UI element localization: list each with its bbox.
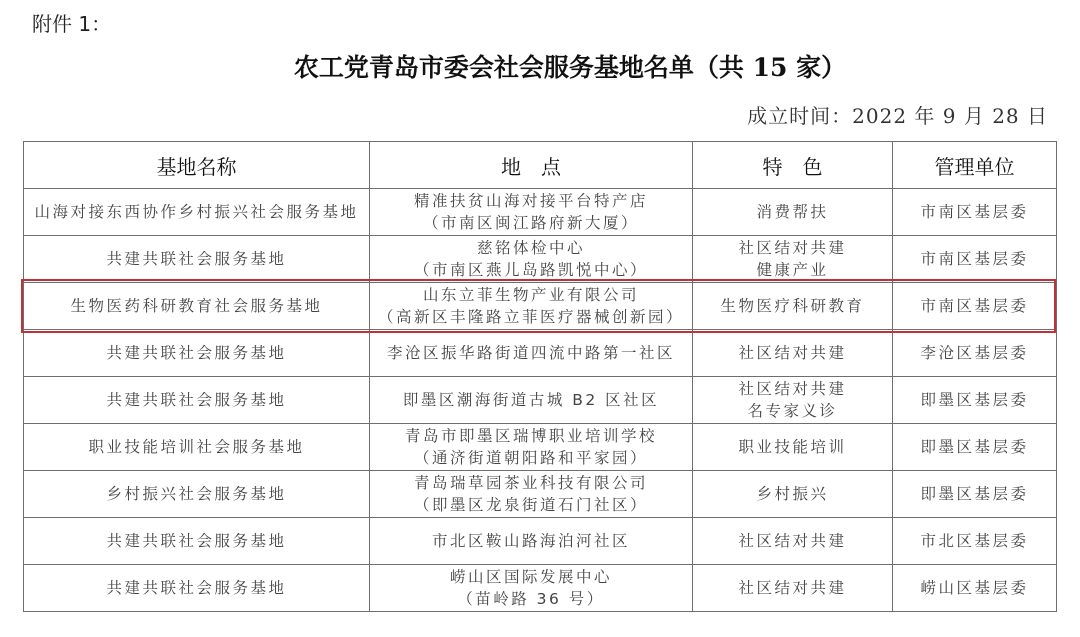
cell-unit: 市北区基层委 bbox=[893, 518, 1057, 565]
cell-location: 崂山区国际发展中心（苗岭路 36 号） bbox=[370, 565, 693, 612]
table-row: 职业技能培训社会服务基地 青岛市即墨区瑞博职业培训学校（通济街道朝阳路和平家园）… bbox=[24, 424, 1057, 471]
location-line: （市南区燕儿岛路凯悦中心） bbox=[370, 259, 692, 281]
cell-location: 李沧区振华路街道四流中路第一社区 bbox=[370, 330, 693, 377]
location-line: 慈铭体检中心 bbox=[370, 237, 692, 259]
table-row: 共建共联社会服务基地 慈铭体检中心（市南区燕儿岛路凯悦中心） 社区结对共建健康产… bbox=[24, 236, 1057, 283]
feature-line: 社区结对共建 bbox=[693, 342, 892, 364]
table-row-highlighted: 生物医药科研教育社会服务基地 山东立菲生物产业有限公司（高新区丰隆路立菲医疗器械… bbox=[24, 283, 1057, 330]
feature-line: 消费帮扶 bbox=[693, 201, 892, 223]
established-date: 成立时间：2022 年 9 月 28 日 bbox=[747, 100, 1048, 129]
cell-unit: 市南区基层委 bbox=[893, 236, 1057, 283]
cell-base-name: 生物医药科研教育社会服务基地 bbox=[24, 283, 370, 330]
location-line: （市南区闽江路府新大厦） bbox=[370, 212, 692, 234]
location-line: 市北区鞍山路海泊河社区 bbox=[370, 530, 692, 552]
service-base-table: 基地名称 地 点 特 色 管理单位 山海对接东西协作乡村振兴社会服务基地 精准扶… bbox=[23, 141, 1057, 612]
location-line: 李沧区振华路街道四流中路第一社区 bbox=[370, 342, 692, 364]
feature-line: 职业技能培训 bbox=[693, 436, 892, 458]
cell-location: 慈铭体检中心（市南区燕儿岛路凯悦中心） bbox=[370, 236, 693, 283]
cell-feature: 生物医疗科研教育 bbox=[693, 283, 893, 330]
feature-line: 社区结对共建 bbox=[693, 378, 892, 400]
location-line: 精准扶贫山海对接平台特产店 bbox=[370, 190, 692, 212]
cell-feature: 社区结对共建 bbox=[693, 518, 893, 565]
cell-unit: 即墨区基层委 bbox=[893, 424, 1057, 471]
location-line: （高新区丰隆路立菲医疗器械创新园） bbox=[370, 306, 692, 328]
table-row: 共建共联社会服务基地 市北区鞍山路海泊河社区 社区结对共建 市北区基层委 bbox=[24, 518, 1057, 565]
cell-unit: 崂山区基层委 bbox=[893, 565, 1057, 612]
feature-line: 名专家义诊 bbox=[693, 400, 892, 422]
table-row: 共建共联社会服务基地 崂山区国际发展中心（苗岭路 36 号） 社区结对共建 崂山… bbox=[24, 565, 1057, 612]
cell-unit: 李沧区基层委 bbox=[893, 330, 1057, 377]
feature-line: 生物医疗科研教育 bbox=[693, 295, 892, 317]
cell-location: 青岛瑞草园茶业科技有限公司（即墨区龙泉街道石门社区） bbox=[370, 471, 693, 518]
cell-feature: 社区结对共建 bbox=[693, 565, 893, 612]
cell-feature: 乡村振兴 bbox=[693, 471, 893, 518]
cell-unit: 市南区基层委 bbox=[893, 283, 1057, 330]
location-line: （即墨区龙泉街道石门社区） bbox=[370, 494, 692, 516]
attachment-label: 附件 1： bbox=[32, 8, 111, 37]
table-row: 山海对接东西协作乡村振兴社会服务基地 精准扶贫山海对接平台特产店（市南区闽江路府… bbox=[24, 189, 1057, 236]
table-header-row: 基地名称 地 点 特 色 管理单位 bbox=[24, 142, 1057, 189]
table-row: 共建共联社会服务基地 李沧区振华路街道四流中路第一社区 社区结对共建 李沧区基层… bbox=[24, 330, 1057, 377]
cell-location: 即墨区潮海街道古城 B2 区社区 bbox=[370, 377, 693, 424]
cell-feature: 消费帮扶 bbox=[693, 189, 893, 236]
feature-line: 健康产业 bbox=[693, 259, 892, 281]
cell-base-name: 共建共联社会服务基地 bbox=[24, 565, 370, 612]
cell-base-name: 职业技能培训社会服务基地 bbox=[24, 424, 370, 471]
location-line: （苗岭路 36 号） bbox=[370, 588, 692, 610]
location-line: 山东立菲生物产业有限公司 bbox=[370, 284, 692, 306]
cell-unit: 即墨区基层委 bbox=[893, 377, 1057, 424]
cell-feature: 职业技能培训 bbox=[693, 424, 893, 471]
location-line: （通济街道朝阳路和平家园） bbox=[370, 447, 692, 469]
cell-feature: 社区结对共建 bbox=[693, 330, 893, 377]
cell-base-name: 共建共联社会服务基地 bbox=[24, 518, 370, 565]
cell-base-name: 共建共联社会服务基地 bbox=[24, 236, 370, 283]
cell-base-name: 乡村振兴社会服务基地 bbox=[24, 471, 370, 518]
cell-location: 山东立菲生物产业有限公司（高新区丰隆路立菲医疗器械创新园） bbox=[370, 283, 693, 330]
cell-location: 青岛市即墨区瑞博职业培训学校（通济街道朝阳路和平家园） bbox=[370, 424, 693, 471]
location-line: 青岛市即墨区瑞博职业培训学校 bbox=[370, 425, 692, 447]
cell-base-name: 共建共联社会服务基地 bbox=[24, 330, 370, 377]
cell-unit: 市南区基层委 bbox=[893, 189, 1057, 236]
feature-line: 社区结对共建 bbox=[693, 530, 892, 552]
table-row: 共建共联社会服务基地 即墨区潮海街道古城 B2 区社区 社区结对共建名专家义诊 … bbox=[24, 377, 1057, 424]
location-line: 崂山区国际发展中心 bbox=[370, 566, 692, 588]
location-line: 青岛瑞草园茶业科技有限公司 bbox=[370, 472, 692, 494]
cell-unit: 即墨区基层委 bbox=[893, 471, 1057, 518]
cell-feature: 社区结对共建健康产业 bbox=[693, 236, 893, 283]
feature-line: 社区结对共建 bbox=[693, 577, 892, 599]
header-location: 地 点 bbox=[370, 142, 693, 189]
location-line: 即墨区潮海街道古城 B2 区社区 bbox=[370, 389, 692, 411]
header-management-unit: 管理单位 bbox=[893, 142, 1057, 189]
table-row: 乡村振兴社会服务基地 青岛瑞草园茶业科技有限公司（即墨区龙泉街道石门社区） 乡村… bbox=[24, 471, 1057, 518]
header-base-name: 基地名称 bbox=[24, 142, 370, 189]
cell-feature: 社区结对共建名专家义诊 bbox=[693, 377, 893, 424]
header-feature: 特 色 bbox=[693, 142, 893, 189]
cell-location: 精准扶贫山海对接平台特产店（市南区闽江路府新大厦） bbox=[370, 189, 693, 236]
cell-location: 市北区鞍山路海泊河社区 bbox=[370, 518, 693, 565]
cell-base-name: 山海对接东西协作乡村振兴社会服务基地 bbox=[24, 189, 370, 236]
feature-line: 社区结对共建 bbox=[693, 237, 892, 259]
document-title: 农工党青岛市委会社会服务基地名单（共 15 家） bbox=[0, 48, 1080, 84]
feature-line: 乡村振兴 bbox=[693, 483, 892, 505]
cell-base-name: 共建共联社会服务基地 bbox=[24, 377, 370, 424]
